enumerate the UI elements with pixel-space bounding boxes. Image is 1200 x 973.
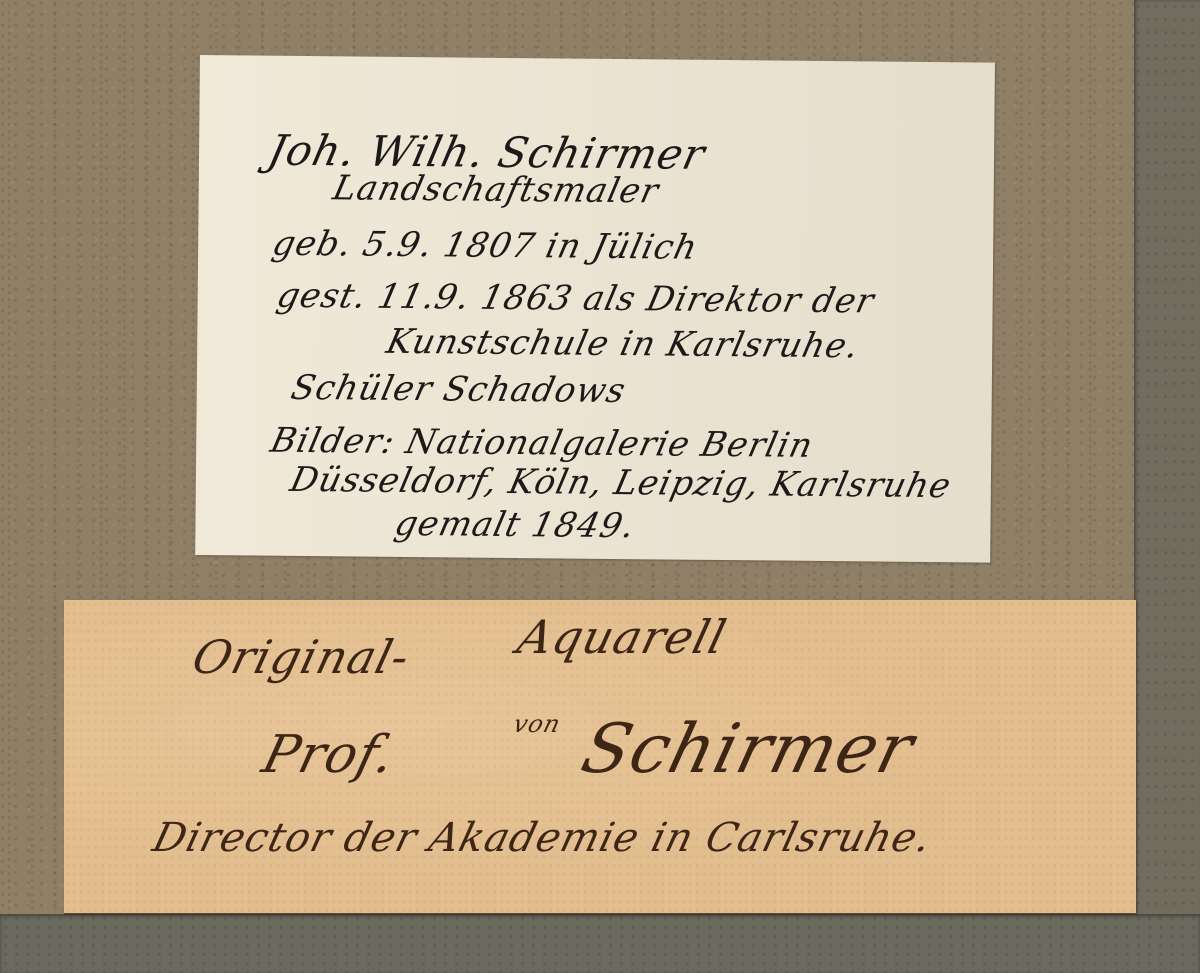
birth-line: geb. 5.9. 1807 in Jülich xyxy=(269,224,702,268)
collections-line-continued: Düsseldorf, Köln, Leipzig, Karlsruhe xyxy=(286,460,955,506)
mount-edge-bottom xyxy=(0,914,1200,973)
original-label: Original- xyxy=(187,630,415,684)
artist-signature-name: Schirmer xyxy=(574,710,922,789)
medium-label: Aquarell xyxy=(512,610,732,664)
title-prof: Prof. xyxy=(257,725,402,785)
position-line: Director der Akademie in Carlsruhe. xyxy=(148,815,936,861)
artist-profession: Landschaftsmaler xyxy=(329,168,662,211)
death-line-continued: Kunstschule in Karlsruhe. xyxy=(383,322,863,366)
painted-date: gemalt 1849. xyxy=(391,504,639,546)
teacher-line: Schüler Schadows xyxy=(287,368,629,411)
death-line: gest. 11.9. 1863 als Direktor der xyxy=(273,276,878,322)
attribution-label-card: Original- Aquarell von Prof. Schirmer Di… xyxy=(64,600,1136,914)
biographical-note-card: Joh. Wilh. Schirmer Landschaftsmaler geb… xyxy=(195,55,995,563)
collections-line: Bilder: Nationalgalerie Berlin xyxy=(267,421,817,466)
by-word: von xyxy=(511,710,564,738)
mount-edge-right xyxy=(1134,0,1200,973)
